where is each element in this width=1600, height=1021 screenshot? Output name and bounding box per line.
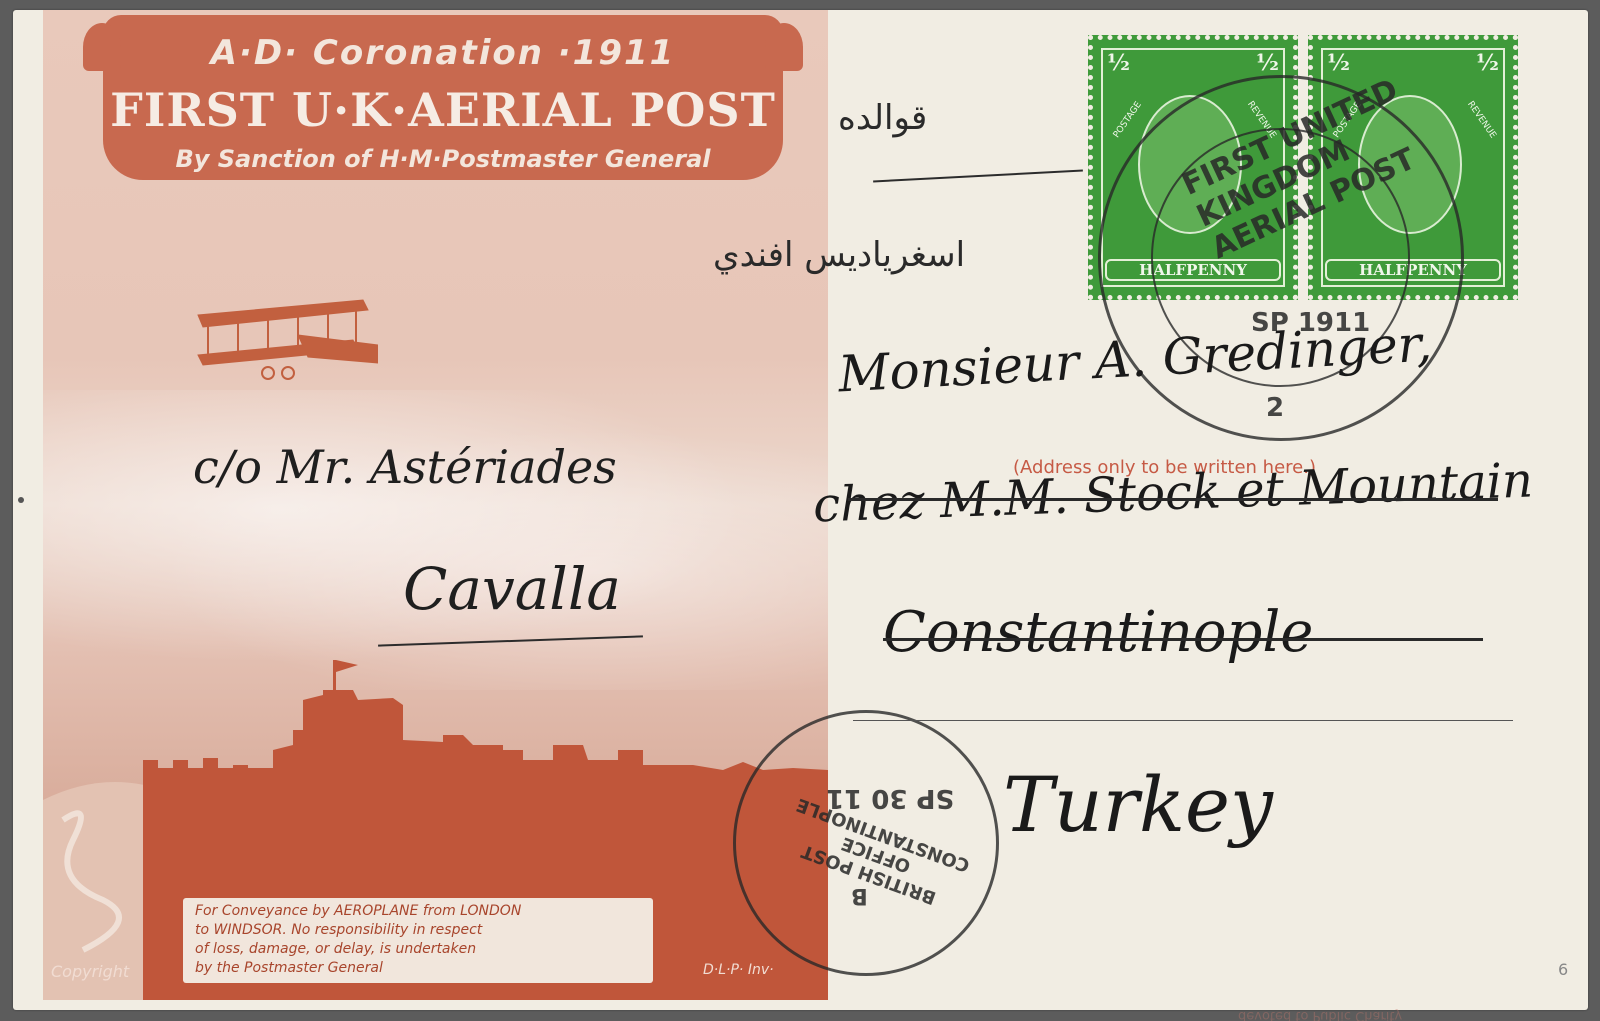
notice-line: of loss, damage, or delay, is undertaken: [195, 940, 641, 959]
copyright-label: Copyright: [51, 962, 129, 981]
postmark-letter: B: [851, 883, 868, 908]
stamp-value: ½: [1327, 50, 1350, 76]
handwritten-care-of: c/o Mr. Astériades: [193, 440, 617, 494]
stamp-value: ½: [1107, 50, 1130, 76]
aerial-post-title: FIRST U·K·AERIAL POST: [83, 83, 803, 137]
postcard: A·D· Coronation ·1911 FIRST U·K·AERIAL P…: [13, 10, 1588, 1010]
strikethrough-line: [848, 498, 1498, 501]
arabic-note-line2: اسغرياديس افندي: [713, 235, 965, 275]
pencil-mark: 6: [1558, 960, 1568, 979]
address-line-care-of: chez M.M. Stock et Mountain: [812, 452, 1534, 533]
notice-line: For Conveyance by AEROPLANE from LONDON: [195, 902, 641, 921]
notice-line: to WINDSOR. No responsibility in respect: [195, 921, 641, 940]
designer-credit: D·L·P· Inv·: [703, 962, 774, 978]
address-rule: [853, 720, 1513, 721]
arabic-note-line1: قوالده: [838, 98, 927, 138]
arabic-underline: [873, 170, 1083, 183]
strikethrough-line: [883, 638, 1483, 641]
constantinople-postmark: BRITISH POST OFFICE CONSTANTINOPLE SP 30…: [733, 710, 999, 976]
conveyance-notice: For Conveyance by AEROPLANE from LONDON …: [183, 898, 653, 983]
title-banner: A·D· Coronation ·1911 FIRST U·K·AERIAL P…: [83, 15, 803, 185]
stamp-value: ½: [1256, 50, 1279, 76]
edge-mark: [18, 497, 24, 503]
clouds: [43, 390, 828, 690]
address-line-country: Turkey: [1003, 760, 1273, 849]
picture-panel: A·D· Coronation ·1911 FIRST U·K·AERIAL P…: [43, 10, 828, 1000]
stamp-value: ½: [1476, 50, 1499, 76]
reverse-bleed-text: devoted to Public Charity: [1238, 1008, 1402, 1021]
handwritten-cavalla: Cavalla: [403, 555, 621, 623]
notice-line: by the Postmaster General: [195, 959, 641, 978]
postmark-number: 2: [1266, 393, 1284, 423]
sanction-subtitle: By Sanction of H·M·Postmaster General: [83, 145, 803, 173]
postmark-date: SP 30 11: [826, 783, 954, 813]
coronation-title: A·D· Coronation ·1911: [83, 33, 803, 73]
address-line-city: Constantinople: [883, 600, 1313, 665]
biplane-icon: [178, 295, 378, 385]
